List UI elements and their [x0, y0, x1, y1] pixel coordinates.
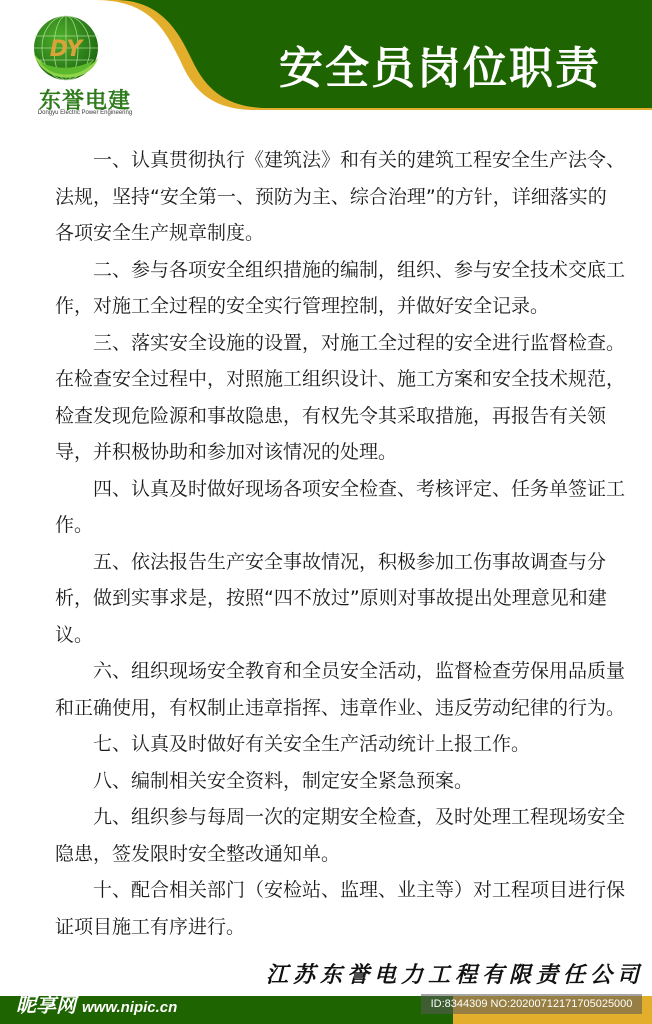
- duty-item: 三、落实安全设施的设置，对施工全过程的安全进行监督检查。在检查安全过程中，对照施…: [55, 325, 625, 471]
- duty-item: 一、认真贯彻执行《建筑法》和有关的建筑工程安全生产法令、法规，坚持“安全第一、预…: [55, 142, 625, 252]
- watermark-site: www.nipic.cn: [82, 999, 177, 1016]
- image-id-tag: ID:8344309 NO:20200712171705025000: [421, 994, 642, 1014]
- duty-item: 二、参与各项安全组织措施的编制，组织、参与安全技术交底工作，对施工全过程的安全实…: [55, 252, 625, 325]
- watermark-cn: 昵享网: [16, 993, 76, 1017]
- duty-item: 七、认真及时做好有关安全生产活动统计上报工作。: [55, 726, 625, 763]
- header-banner: DY 东誉电建 Dongyu Electric Power Engineerin…: [0, 0, 652, 112]
- duty-item: 五、依法报告生产安全事故情况，积极参加工伤事故调查与分析，做到实事求是，按照“四…: [55, 544, 625, 654]
- duties-list: 一、认真贯彻执行《建筑法》和有关的建筑工程安全生产法令、法规，坚持“安全第一、预…: [55, 142, 625, 945]
- duty-item: 八、编制相关安全资料，制定安全紧急预案。: [55, 763, 625, 800]
- watermark: 昵享网www.nipic.cn: [16, 989, 177, 1018]
- company-logo: DY 东誉电建 Dongyu Electric Power Engineerin…: [30, 14, 140, 122]
- globe-icon: DY: [30, 14, 102, 86]
- duty-item: 九、组织参与每周一次的定期安全检查，及时处理工程现场安全隐患，签发限时安全整改通…: [55, 799, 625, 872]
- logo-name-en: Dongyu Electric Power Engineering: [30, 110, 140, 116]
- page-title: 安全员岗位职责: [250, 32, 630, 96]
- svg-text:DY: DY: [50, 37, 85, 62]
- duty-item: 六、组织现场安全教育和全员安全活动，监督检查劳保用品质量和正确使用，有权制止违章…: [55, 653, 625, 726]
- company-name: 江苏东誉电力工程有限责任公司: [266, 958, 644, 989]
- duty-item: 十、配合相关部门（安检站、监理、业主等）对工程项目进行保证项目施工有序进行。: [55, 872, 625, 945]
- duty-item: 四、认真及时做好现场各项安全检查、考核评定、任务单签证工作。: [55, 471, 625, 544]
